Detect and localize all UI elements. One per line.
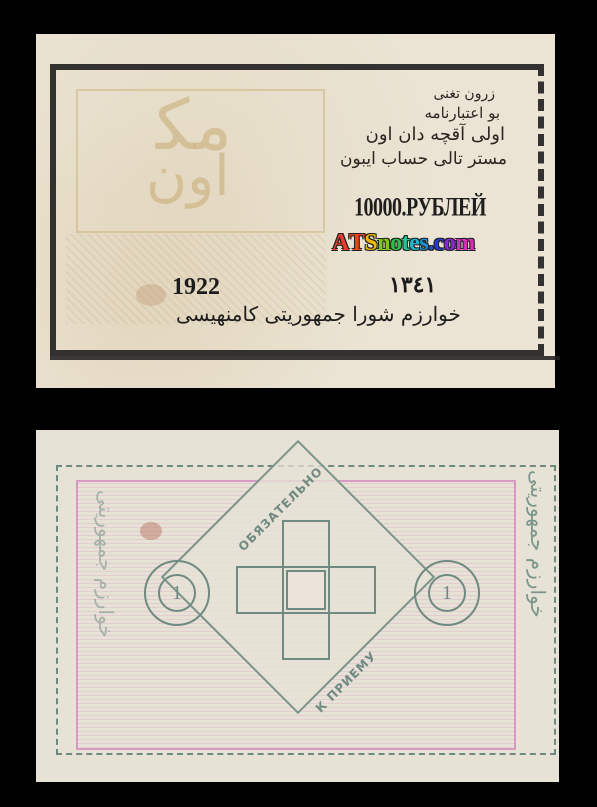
year-gregorian: 1922 — [172, 274, 220, 301]
watermark-letter: T — [349, 230, 365, 257]
denomination-text: 10000.РУБЛЕЙ — [354, 194, 486, 224]
circle-value: 1 — [428, 574, 466, 612]
issuer-text: خوارزم شورا جمهوریتی کامنهیسی — [176, 302, 461, 326]
side-script: ﺧﻮﺍﺭﺯﻡ ﺟﻤﻬﻮﺭﯾﺘﯽ — [526, 470, 550, 750]
banknote-front: ﻣﮑ ﺍﻭﻥ ﺯﺭﻭﻥ ﺗﻐﻨﯽ ﺑﻮ ﺍﻋﺘﺒﺎﺭﻧﺎﻣﻪ ﺍﻭﻟﯽ ﺁﻗﭽﻪ… — [36, 34, 555, 388]
watermark-letter: A — [332, 230, 349, 257]
arabic-text-line: ﺑﻮ ﺍﻋﺘﺒﺎﺭﻧﺎﻣﻪ — [425, 104, 501, 122]
banknote-back: 1 1 ОБЯЗАТЕЛЬНО К ПРИЕМУ ﺧﻮﺍﺭﺯﻡ ﺟﻤﻬﻮﺭﯾﺘﯽ… — [36, 430, 559, 782]
watermark-letter: s — [419, 230, 428, 257]
arabic-text-line: ﺯﺭﻭﻥ ﺗﻐﻨﯽ — [433, 86, 495, 102]
watermark-letter: o — [390, 230, 402, 257]
watermark-letter: m — [455, 230, 475, 257]
left-value-circle: 1 — [144, 560, 210, 626]
year-hijri: ١٣٤١ — [389, 272, 436, 298]
watermark-letter: n — [377, 230, 390, 257]
side-script: ﺧﻮﺍﺭﺯﻡ ﺟﻤﻬﻮﺭﯾﺘﯽ — [94, 490, 118, 730]
arabic-text-line: ﻣﺴﺘﺮ ﺗﺎﻟﯽ ﺣﺴﺎﺏ ﺍﯾﺒﻮﻥ — [340, 149, 507, 169]
watermark-letter: S — [364, 230, 377, 257]
watermark-letter: o — [444, 230, 456, 257]
circle-value: 1 — [158, 574, 196, 612]
watermark-letter: t — [402, 230, 410, 257]
watermark-logo: ATSnotes.com — [332, 230, 475, 257]
right-value-circle: 1 — [414, 560, 480, 626]
stain — [140, 522, 162, 540]
watermark-letter: e — [409, 230, 419, 257]
watermark-letter: c — [434, 230, 444, 257]
arabic-text-line: ﺍﻭﻟﯽ ﺁﻗﭽﻪ ﺩﺍﻥ ﺍﻭﻥ — [366, 124, 505, 145]
cross-center-square — [286, 570, 326, 610]
